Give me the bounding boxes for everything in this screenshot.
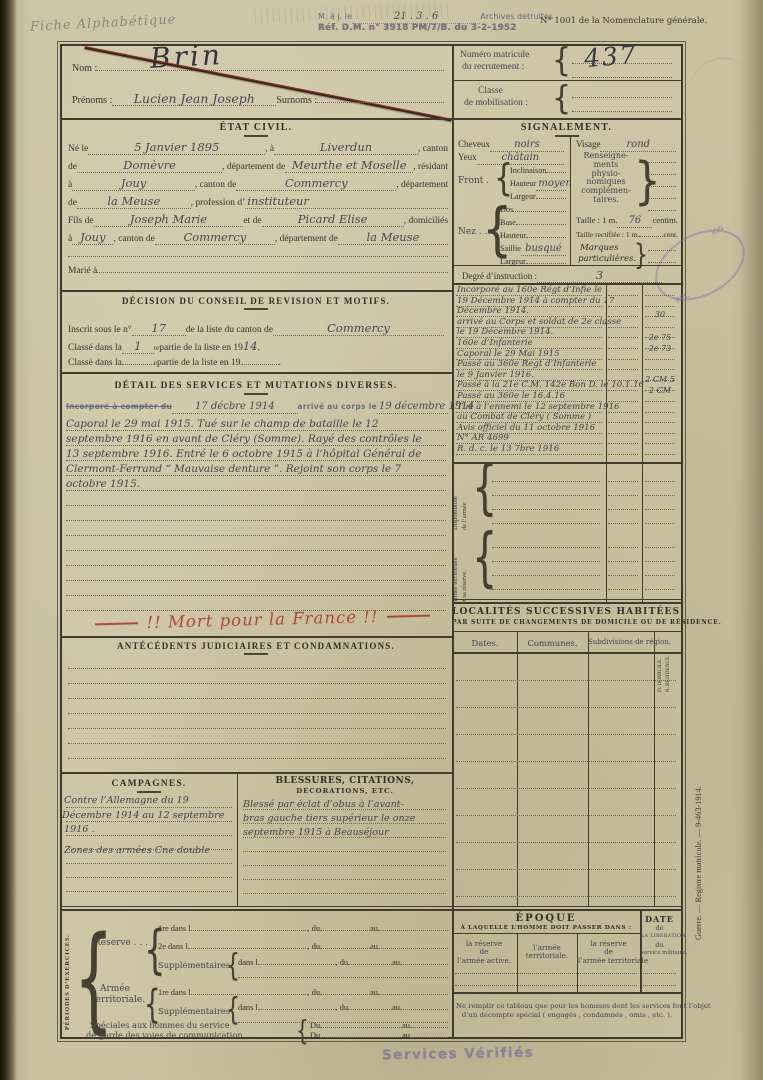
- localites-col-divider-2: [588, 631, 589, 906]
- epoque-col1-header: la réserve de l’armée active.: [453, 940, 515, 965]
- partie-number-blank: [122, 364, 154, 365]
- renseignements-ruled-line: [648, 197, 676, 199]
- disponibilite-double-line-thin: [452, 599, 681, 600]
- de-label-2: de: [68, 197, 77, 210]
- margin-number: 2 CM 5: [643, 375, 677, 384]
- main-column-divider: [452, 44, 454, 1037]
- services-title: DÉTAIL DES SERVICES ET MUTATIONS DIVERSE…: [60, 381, 452, 395]
- services-ruled-line: [66, 549, 446, 551]
- blank-fill: [378, 930, 448, 931]
- disponibilite-ruled-line: [492, 546, 600, 548]
- etat-civil-line2: de Domèvre , département de Meurthe et M…: [68, 159, 448, 174]
- epoque-bottom-line: [452, 992, 681, 994]
- decision-title: DÉCISION DU CONSEIL DE REVISION ET MOTIF…: [60, 296, 452, 310]
- campagnes-ruled-line: [66, 820, 232, 822]
- narrow-col-ruled-line: [608, 546, 638, 548]
- front-hauteur-value: moyen: [536, 177, 566, 191]
- liste-canton-handwritten: Commercy: [273, 322, 444, 336]
- a-label: , à: [265, 143, 274, 156]
- blessures-ruled-line: [243, 836, 446, 838]
- marques-label-1: Marques: [580, 243, 619, 253]
- prenoms-handwritten: Lucien Jean Joseph: [112, 92, 276, 106]
- service-record-entry: Passé au 360e le 16.4.16: [457, 391, 565, 401]
- localites-row-line: [456, 895, 676, 897]
- nom-row: Nom :: [72, 62, 444, 75]
- antecedents-ruled-line: [68, 682, 446, 684]
- signalement-middle-divider: [570, 136, 571, 265]
- blessures-ruled-line: [243, 808, 446, 810]
- narrow-col-ruled-line: [608, 588, 638, 590]
- du-label: , du: [336, 1001, 349, 1014]
- etat-civil-line4: de la Meuse , profession d’ instituteur: [68, 195, 448, 210]
- disponibilite-ruled-line: [492, 508, 600, 510]
- dans-l-label: dans l: [238, 1001, 258, 1014]
- arrivee-date-handwritten: 19 décembre 1914: [377, 400, 448, 414]
- localites-col-dates: Dates.: [455, 638, 515, 648]
- page-right-edge: [741, 0, 763, 1080]
- period-2: .: [279, 357, 281, 370]
- localites-col-residence: R. RÉSIDENCE.: [665, 634, 671, 692]
- epoque-title: ÉPOQUE: [452, 913, 640, 924]
- au-label: au: [402, 1029, 410, 1042]
- narrow-col-ruled-line: [608, 560, 638, 562]
- campagnes-blessures-divider: [237, 772, 238, 906]
- localites-col-domicile: D. DOMICILE.: [657, 634, 663, 692]
- services-ruled-line: [66, 609, 446, 611]
- services-verifies-stamp: Services Vérifiés: [382, 1045, 534, 1064]
- dos-value: [513, 211, 566, 212]
- date-col-du: du: [641, 941, 678, 949]
- speciales-label-2: de garde des voies de communication.: [86, 1030, 245, 1040]
- narrow-col-ruled-line: [608, 432, 638, 434]
- services-ruled-line: [66, 564, 446, 566]
- degre-instruction-label: Degré d’instruction :: [462, 270, 537, 283]
- marie-a-label: Marié à: [68, 265, 97, 278]
- localites-row-line: [456, 787, 676, 789]
- margin-number: 30: [643, 310, 677, 319]
- incorpore-stamp: Incorporé à compter du: [66, 400, 172, 413]
- birth-place-handwritten: Liverdun: [274, 141, 418, 155]
- matricule-label-line1: Numéro matricule: [460, 50, 529, 60]
- taille-rectifiee-blank: [639, 236, 663, 237]
- birth-departement-handwritten: Meurthe et Moselle: [285, 159, 413, 173]
- margin-number: 2 CM: [643, 386, 677, 395]
- renseignements-ruled-line: [648, 173, 676, 175]
- nom-handwritten: Brin: [149, 38, 224, 75]
- nez-dos-row: Dos: [500, 203, 566, 216]
- period: .: [258, 342, 260, 355]
- antecedents-ruled-line: [68, 712, 446, 714]
- inclinaison-label: Inclinaison: [510, 164, 546, 177]
- date-col-service: service militaire.: [641, 950, 678, 956]
- services-ruled-line: [66, 489, 446, 491]
- prenoms-row: Prénoms : Lucien Jean Joseph Surnoms :: [72, 92, 444, 107]
- supplementaires-row-1: dans l , du au: [238, 956, 448, 969]
- arrive-au-corps-stamp: arrivé au corps le: [298, 400, 377, 413]
- visage-row: Visage rond: [576, 138, 676, 152]
- armee-label-1: Armée: [100, 984, 130, 994]
- blessures-ruled-line: [243, 878, 446, 880]
- campagnes-title: CAMPAGNES.: [66, 779, 232, 793]
- armee-label-2: territoriale.: [92, 995, 145, 1005]
- domicile-canton-handwritten: Commercy: [155, 231, 275, 245]
- services-ruled-line: [66, 594, 446, 596]
- services-ruled-line: [66, 519, 446, 521]
- blank-fill: [410, 1037, 448, 1038]
- services-ruled-line: [66, 504, 446, 506]
- classe-brace: {: [552, 83, 571, 116]
- narrow-col-ruled-line: [645, 574, 675, 576]
- matricule-line-2: [572, 76, 672, 78]
- narrow-col-ruled-line: [645, 294, 675, 296]
- deuxieme-dans-l-label: 2e dans l: [158, 940, 188, 953]
- narrow-col-ruled-line: [645, 588, 675, 590]
- blank-fill: [378, 948, 448, 949]
- service-record-entry: le 19 Décembre 1914.: [457, 327, 553, 337]
- narrow-column-divider-2: [642, 284, 643, 602]
- nez-hauteur-row: Hauteur: [500, 229, 566, 242]
- et-de-label: et de: [243, 215, 261, 228]
- service-record-entry: au Combat de Cléry ( Somme ): [457, 412, 591, 422]
- disponibilite-ruled-line: [492, 574, 600, 576]
- service-record-entry: le 9 Janvier 1916.: [457, 370, 534, 380]
- nez-largeur-value: [526, 263, 566, 264]
- registre-matricule-sheet: Fiche Alphabétique M. à j. le 21 . 3 . 6…: [0, 0, 763, 1080]
- localites-row-line: [456, 841, 676, 843]
- pencil-note: Fiche Alphabétique: [30, 12, 177, 35]
- service-record-entry: 19 Décembre 1914 à compter du 17: [457, 296, 614, 306]
- localites-row-line: [456, 868, 676, 870]
- services-right-bottom-divider: [452, 462, 681, 464]
- taille-label: Taille : 1 m.: [576, 214, 617, 227]
- etat-civil-line3: à Jouy , canton de Commercy , départemen…: [68, 177, 448, 192]
- etat-civil-line6: à Jouy , canton de Commercy , départemen…: [68, 231, 448, 246]
- lower-double-line-thick: [60, 909, 681, 911]
- disponibilite-ruled-line: [492, 522, 600, 524]
- lower-double-line-thin: [60, 906, 681, 907]
- service-record-entry: 160e d’Infanterie: [457, 338, 533, 348]
- taille-handwritten: 76: [617, 214, 652, 228]
- de-label: de: [68, 161, 77, 174]
- service-record-entry: arrivé au Corps et soldat de 2e classe: [457, 317, 621, 327]
- epoque-date-row-line: [643, 972, 676, 974]
- taille-rectifiee-label: Taille rectifiée : 1 m.: [576, 228, 639, 241]
- renseignements-ruled-line: [648, 209, 676, 211]
- narrow-col-ruled-line: [608, 508, 638, 510]
- localites-header-bottom-line: [452, 652, 681, 654]
- nez-base-row: Base: [500, 216, 566, 229]
- antecedents-ruled-line: [68, 757, 446, 759]
- nez-hauteur-label: Hauteur: [500, 229, 526, 242]
- decision-line2: Classé dans la 1 re partie de la liste e…: [68, 340, 348, 355]
- premiere-dans-l-label: 1re dans l: [158, 922, 191, 935]
- du-label: , du: [308, 986, 321, 999]
- localites-row-line: [456, 760, 676, 762]
- maj-label: M. à j. le: [318, 10, 352, 23]
- periodes-vertical-label: PÉRIODES D’EXERCICES.: [64, 925, 71, 1030]
- stamp-letters-top: ION: [710, 224, 725, 237]
- departement-de-label: , département de: [275, 233, 338, 246]
- mise-a-jour-line: M. à j. le 21 . 3 . 6 Archives détruites: [318, 10, 553, 24]
- services-ruled-line: [66, 474, 446, 476]
- matricule-brace: {: [552, 45, 571, 78]
- matricule-label-line2: du recrutement :: [462, 62, 524, 72]
- domicilies-label: , domiciliés: [404, 215, 448, 228]
- narrow-col-ruled-line: [645, 546, 675, 548]
- narrow-col-ruled-line: [645, 453, 675, 455]
- campagne-line: Zones des armées Cne double: [64, 845, 210, 856]
- narrow-col-ruled-line: [645, 358, 675, 360]
- du-label: , du: [308, 940, 321, 953]
- nez-hauteur-value: [526, 237, 566, 238]
- visage-handwritten: rond: [600, 138, 676, 152]
- marie-row: Marié à: [68, 265, 448, 278]
- narrow-col-ruled-line: [645, 508, 675, 510]
- header-bottom-divider: [60, 118, 681, 120]
- speciales-label-1: Spéciales aux hommes du service: [90, 1020, 230, 1030]
- canton-de-label: , canton de: [195, 179, 236, 192]
- birth-date-handwritten: 5 Janvier 1895: [88, 141, 265, 155]
- blank-fill: [320, 1037, 402, 1038]
- decision-line3: Classé dans la e partie de la liste en 1…: [68, 357, 348, 370]
- narrow-col-ruled-line: [645, 368, 675, 370]
- signalement-title: SIGNALEMENT.: [452, 122, 681, 137]
- classe-label-line1: Classe: [478, 86, 503, 96]
- narrow-col-ruled-line: [608, 358, 638, 360]
- blank-fill: [410, 1027, 448, 1028]
- marques-ruled-line: [648, 249, 676, 251]
- incorporation-stamp-row: Incorporé à compter du 17 décbre 1914 ar…: [66, 400, 448, 414]
- domicile-place-handwritten: Jouy: [72, 231, 113, 245]
- date-col-divider: [640, 910, 642, 992]
- taille-rectifiee-row: Taille rectifiée : 1 m. cent.: [576, 228, 678, 241]
- campagnes-ruled-line: [66, 862, 232, 864]
- narrow-col-ruled-line: [645, 480, 675, 482]
- date-col-title: DATE: [641, 914, 678, 924]
- blank-fill: [188, 948, 308, 949]
- service-record-entry: Passé à la 21e C.M. 142e Bon D. le 10.1.…: [457, 380, 644, 390]
- services-ruled-line: [66, 444, 446, 446]
- blank-fill: [320, 1027, 402, 1028]
- partie-year-blank: [241, 364, 279, 365]
- blank-fill: [320, 994, 370, 995]
- margin-imprint-note: Guerre. — Registre matricule. — 9-463-19…: [694, 730, 703, 940]
- blank-fill: [258, 964, 336, 965]
- visage-label: Visage: [576, 138, 600, 151]
- canton-de-label-2: , canton de: [113, 233, 154, 246]
- service-record-entry: Tué à l’ennemi le 12 septembre 1916: [457, 402, 620, 412]
- localites-col-divider-1: [517, 631, 518, 906]
- marie-line: [97, 272, 448, 273]
- service-record-entry: R. d. c. le 13 7bre 1916: [457, 444, 559, 454]
- blank-fill: [320, 930, 370, 931]
- campagnes-ruled-line: [66, 806, 232, 808]
- antecedents-ruled-line: [68, 667, 446, 669]
- narrow-col-ruled-line: [608, 574, 638, 576]
- front-largeur-label: Largeur: [510, 190, 536, 203]
- narrow-col-ruled-line: [645, 494, 675, 496]
- blank-fill: [378, 994, 448, 995]
- residence-canton-handwritten: Commercy: [236, 177, 396, 191]
- marques-label-2: particulières.: [578, 254, 636, 264]
- au-label: au: [370, 940, 378, 953]
- premiere-dans-l-label: 1re dans l: [158, 986, 191, 999]
- epoque-row-line: [455, 984, 637, 986]
- front-largeur-value: [536, 198, 566, 199]
- etat-civil-line5: Fils de Joseph Marie et de Picard Elise …: [68, 213, 448, 228]
- etat-civil-line1: Né le 5 Janvier 1895 , à Liverdun , cant…: [68, 141, 448, 156]
- renseignements-ruled-line: [648, 185, 676, 187]
- cheveux-handwritten: noirs: [490, 138, 564, 152]
- blank-fill: [400, 1009, 448, 1010]
- profession-label: , profession d’: [191, 197, 246, 210]
- classe-dans-la-label: Classé dans la: [68, 342, 122, 355]
- disponibilite-label-2: de l’armée: [461, 466, 468, 530]
- departement-label-2: , département: [396, 179, 448, 192]
- degre-instruction-row: Degré d’instruction : 3: [462, 269, 662, 283]
- red-dash-right: [386, 614, 430, 617]
- mother-name-handwritten: Picard Elise: [262, 213, 404, 227]
- nom-label: Nom :: [72, 62, 97, 75]
- narrow-col-ruled-line: [645, 411, 675, 413]
- antecedents-ruled-line: [68, 727, 446, 729]
- red-dash-left: [95, 622, 139, 625]
- fils-de-label: Fils de: [68, 215, 94, 228]
- inclinaison-value: [546, 172, 566, 173]
- narrow-col-ruled-line: [608, 480, 638, 482]
- taille-rectifiee-unit: cent.: [663, 228, 678, 241]
- campagnes-ruled-line: [66, 876, 232, 878]
- taille-unit-label: centim.: [652, 214, 678, 227]
- service-record-entry: Décembre 1914.: [457, 306, 529, 316]
- campagnes-ruled-line: [66, 890, 232, 892]
- liste-number-handwritten: 17: [132, 322, 186, 336]
- inscrit-label: Inscrit sous le n°: [68, 324, 132, 337]
- classe-dans-la-label-2: Classé dans la: [68, 357, 122, 370]
- services-ruled-line: [66, 579, 446, 581]
- blessures-title-line2: DÉCORATIONS, ETC.: [243, 787, 447, 795]
- narrow-col-ruled-line: [645, 522, 675, 524]
- narrow-col-ruled-line: [645, 560, 675, 562]
- service-record-entry: Incorporé au 160e Régt d’Infie le: [457, 285, 602, 295]
- narrow-col-ruled-line: [645, 442, 675, 444]
- epoque-note: Ne remplir ce tableau que pour les homme…: [456, 1002, 678, 1020]
- narrow-col-ruled-line: [608, 522, 638, 524]
- saillie-value: busqué: [521, 242, 566, 256]
- localites-row-line: [456, 679, 676, 681]
- narrow-col-ruled-line: [608, 453, 638, 455]
- blank-fill: [348, 1009, 392, 1010]
- epoque-subtitle: À LAQUELLE L’HOMME DOIT PASSER DANS :: [452, 925, 640, 931]
- classe-line-1: [572, 96, 672, 98]
- etat-civil-bottom-divider: [60, 290, 452, 292]
- classe-line-2: [572, 110, 672, 112]
- base-label: Base: [500, 216, 516, 229]
- blessures-ruled-line: [243, 822, 446, 824]
- supplementaires-label-1: Supplémentaires: [158, 960, 230, 970]
- nez-largeur-label: Largeur: [500, 255, 526, 268]
- localites-row-line: [456, 706, 676, 708]
- departement-label: , département de: [222, 161, 285, 174]
- date-col-de: de: [641, 924, 678, 932]
- disponibilite-ruled-line: [492, 480, 600, 482]
- narrow-col-ruled-line: [608, 442, 638, 444]
- dans-l-label: dans l: [238, 956, 258, 969]
- yeux-label: Yeux: [458, 151, 477, 164]
- antecedents-ruled-line: [68, 697, 446, 699]
- narrow-col-ruled-line: [645, 400, 675, 402]
- territoriale-brace: {: [472, 526, 497, 590]
- matricule-number-handwritten: 437: [583, 40, 639, 74]
- liste-canton-label: de la liste du canton de: [186, 324, 273, 337]
- ne-le-label: Né le: [68, 143, 88, 156]
- signalement-bottom-line: [452, 265, 681, 266]
- residence-departement-handwritten: la Meuse: [77, 195, 191, 209]
- du-label: , du: [308, 922, 321, 935]
- surnoms-line: [317, 102, 444, 103]
- territoriale-label-2: et sa réserve.: [461, 532, 468, 604]
- epoque-col3-header: la réserve de l’armée territoriale: [578, 940, 639, 965]
- epoque-col2-header: l’armée territoriale.: [518, 944, 576, 961]
- blank-fill: [348, 964, 392, 965]
- front-hauteur-label: Hauteur: [510, 177, 536, 190]
- date-col-liberation: LA LIBÉRATION: [641, 933, 678, 939]
- decision-line1: Inscrit sous le n° 17 de la liste du can…: [68, 322, 444, 337]
- reference-dm-stamp: Réf. D.M. n° 3918 PM/7/B. du 3-2-1952: [318, 23, 516, 33]
- reserve-row-2: 2e dans l , du au: [158, 940, 448, 953]
- incorporation-date-handwritten: 17 décbre 1914: [172, 400, 297, 414]
- localites-col-subdivisions: Subdivisions de région.: [588, 638, 654, 646]
- book-binding-edge: [0, 0, 17, 1080]
- service-record-entry: Caporal le 29 Mai 1915: [457, 349, 560, 359]
- maj-date-handwritten: 21 . 3 . 6: [352, 10, 481, 24]
- periodes-ruled-line: [238, 1021, 448, 1023]
- father-name-handwritten: Joseph Marie: [94, 213, 244, 227]
- narrow-col-ruled-line: [608, 336, 638, 338]
- narrow-col-ruled-line: [645, 326, 675, 328]
- front-label: Front .: [458, 176, 489, 186]
- localites-row-line: [456, 814, 676, 816]
- du-label: , du: [336, 956, 349, 969]
- blessures-title-line1: BLESSURES, CITATIONS,: [243, 776, 447, 786]
- prenoms-label: Prénoms :: [72, 94, 112, 107]
- reserve-row-1: 1re dans l , du au: [158, 922, 448, 935]
- nomenclature-number: N° 1001 de la Nomenclature générale.: [540, 16, 707, 26]
- partie-liste-label: partie de la liste en 19: [159, 342, 243, 355]
- marques-ruled-line: [648, 261, 676, 263]
- disponibilite-ruled-line: [492, 560, 600, 562]
- service-record-entry: Passé au 360e Regt d’Infanterie: [457, 359, 597, 369]
- blank-line: [68, 255, 448, 257]
- service-record-entry: N° AR 4699: [457, 433, 509, 443]
- base-value: [516, 224, 566, 225]
- disponibilite-ruled-line: [492, 588, 600, 590]
- blessures-ruled-line: [243, 864, 446, 866]
- narrow-col-ruled-line: [645, 305, 675, 307]
- saillie-label: Saillie: [500, 242, 521, 255]
- marques-brace: }: [634, 242, 648, 271]
- renseignements-ruled-line: [648, 161, 676, 163]
- localites-title: LOCALITÉS SUCCESSIVES HABITÉES: [452, 607, 654, 617]
- narrow-col-ruled-line: [645, 432, 675, 434]
- cheveux-row: Cheveux noirs: [458, 138, 564, 152]
- surnoms-label: Surnoms :: [276, 94, 317, 107]
- narrow-col-ruled-line: [608, 421, 638, 423]
- blessures-ruled-line: [243, 850, 446, 852]
- localites-header-top-line: [452, 631, 681, 632]
- domicile-departement-handwritten: la Meuse: [338, 231, 448, 245]
- front-inclinaison-row: Inclinaison: [510, 164, 566, 177]
